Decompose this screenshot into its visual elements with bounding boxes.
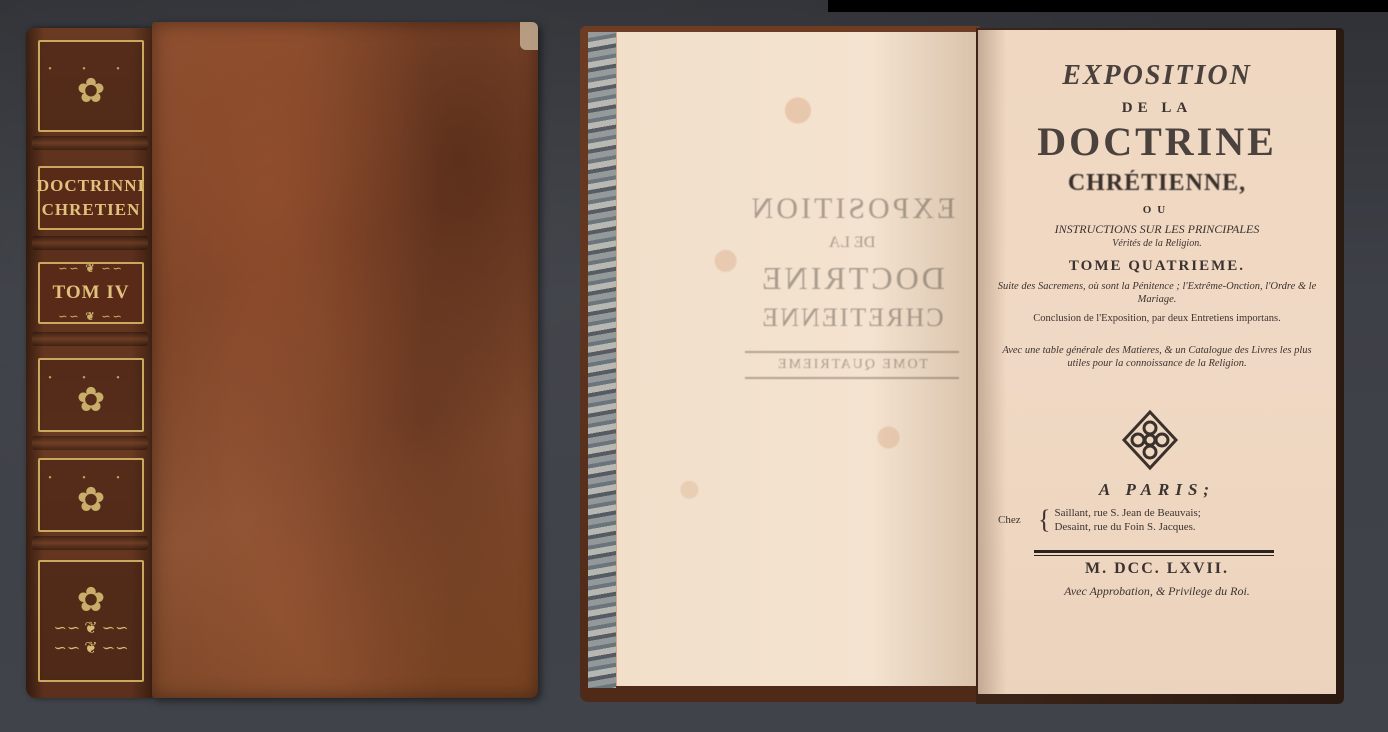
- closed-book: • • • ✿ DOCTRINNI CHRETIEN ∽∽ ❦ ∽∽ TOM I…: [26, 22, 538, 698]
- spine-volume-number: TOM IV: [53, 281, 130, 305]
- open-book: EXPOSITION DE LA DOCTRINE CHRETIENNE TOM…: [580, 26, 1344, 706]
- tulip-ornament-icon: ✿: [77, 484, 106, 518]
- subtitle-line2: Vérités de la Religion.: [978, 238, 1336, 249]
- imprint-publishers: Chez { Saillant, rue S. Jean de Beauvais…: [978, 506, 1336, 534]
- tulip-ornament-icon: ✿: [77, 75, 106, 109]
- scroll-ornament-icon: ∽∽ ❦ ∽∽: [58, 257, 124, 281]
- contents-paragraph-3: Avec une table générale des Matieres, & …: [978, 344, 1336, 370]
- tulip-ornament-icon: ✿: [77, 384, 106, 418]
- tulip-ornament-icon: ✿: [77, 584, 106, 618]
- raised-band: [32, 332, 148, 346]
- floral-scroll-icon: ∽∽ ❦ ∽∽: [53, 618, 128, 638]
- spine-ornament-panel: • • • ✿: [38, 458, 144, 532]
- printers-ornament-icon: [1118, 408, 1182, 472]
- title-line-de-la: DE LA: [978, 100, 1336, 117]
- title-line-doctrine: DOCTRINE: [978, 118, 1336, 165]
- publication-date: M. DCC. LXVII.: [978, 560, 1336, 578]
- marbled-endpaper: [588, 32, 616, 688]
- contents-paragraph-1: Suite des Sacremens, où sont la Pénitenc…: [978, 280, 1336, 306]
- front-board: [152, 22, 538, 698]
- publisher-desaint: Desaint, rue du Foin S. Jacques.: [1054, 520, 1200, 534]
- book-spine: • • • ✿ DOCTRINNI CHRETIEN ∽∽ ❦ ∽∽ TOM I…: [26, 28, 154, 698]
- spine-title-line2: CHRETIEN: [42, 198, 141, 222]
- contents-paragraph-2: Conclusion de l'Exposition, par deux Ent…: [978, 312, 1336, 325]
- brace-icon: {: [1038, 507, 1050, 533]
- double-rule: [1034, 550, 1274, 556]
- spine-ornament-panel: • • • ✿: [38, 358, 144, 432]
- title-ou: OU: [978, 204, 1336, 216]
- spine-volume-label: ∽∽ ❦ ∽∽ TOM IV ∽∽ ❦ ∽∽: [38, 262, 144, 324]
- subtitle-line1: INSTRUCTIONS SUR LES PRINCIPALES: [978, 222, 1336, 237]
- raised-band: [32, 436, 148, 450]
- black-border-bar: [828, 0, 1388, 12]
- imprint-city: A PARIS;: [978, 480, 1336, 500]
- volume-number: TOME QUATRIEME.: [978, 258, 1336, 275]
- verso-page: EXPOSITION DE LA DOCTRINE CHRETIENNE TOM…: [616, 32, 979, 686]
- spine-tail-panel: ✿ ∽∽ ❦ ∽∽ ∽∽ ❦ ∽∽: [38, 560, 144, 682]
- raised-band: [32, 136, 148, 150]
- raised-band: [32, 236, 148, 250]
- spine-ornament-panel: • • • ✿: [38, 40, 144, 132]
- title-line-exposition: EXPOSITION: [978, 60, 1336, 92]
- worn-corner: [520, 22, 538, 50]
- raised-band: [32, 536, 148, 550]
- spine-title-line1: DOCTRINNI: [37, 174, 145, 198]
- publisher-saillant: Saillant, rue S. Jean de Beauvais;: [1054, 506, 1200, 520]
- imprint-chez: Chez: [998, 514, 1038, 526]
- title-line-chretienne: CHRÉTIENNE,: [978, 170, 1336, 197]
- show-through-text: EXPOSITION DE LA DOCTRINE CHRETIENNE TOM…: [727, 192, 977, 383]
- scroll-ornament-icon: ∽∽ ❦ ∽∽: [58, 305, 124, 329]
- title-page: EXPOSITION DE LA DOCTRINE CHRÉTIENNE, OU…: [978, 30, 1336, 694]
- floral-scroll-icon: ∽∽ ❦ ∽∽: [53, 638, 128, 658]
- privilege-line: Avec Approbation, & Privilege du Roi.: [978, 584, 1336, 599]
- spine-title-label: DOCTRINNI CHRETIEN: [38, 166, 144, 230]
